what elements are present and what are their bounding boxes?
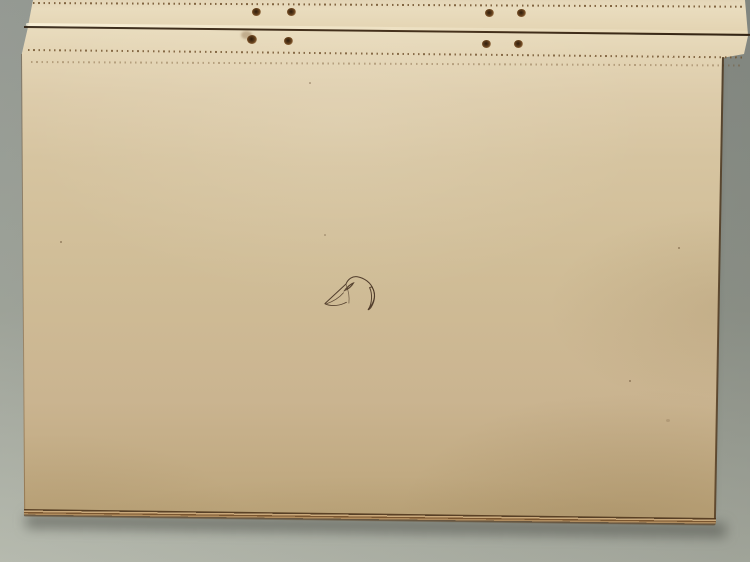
pin-hole — [514, 40, 523, 48]
paper-speck — [666, 419, 670, 422]
duck-crown-outline — [325, 277, 374, 310]
pin-hole — [517, 9, 526, 17]
paper-speck — [324, 234, 326, 236]
pin-hole — [485, 9, 494, 17]
pin-hole — [482, 40, 491, 48]
duck-neck-shading — [368, 287, 374, 310]
photo-scene — [0, 0, 750, 562]
paper-speck — [678, 247, 680, 249]
paper-speck — [60, 241, 62, 243]
pin-hole — [252, 8, 261, 16]
pin-hole — [247, 35, 257, 44]
paper-speck — [309, 82, 311, 84]
pin-hole — [284, 37, 293, 45]
paper-speck — [629, 380, 631, 382]
duck-head-sketch — [322, 273, 378, 315]
pin-hole — [287, 8, 296, 16]
